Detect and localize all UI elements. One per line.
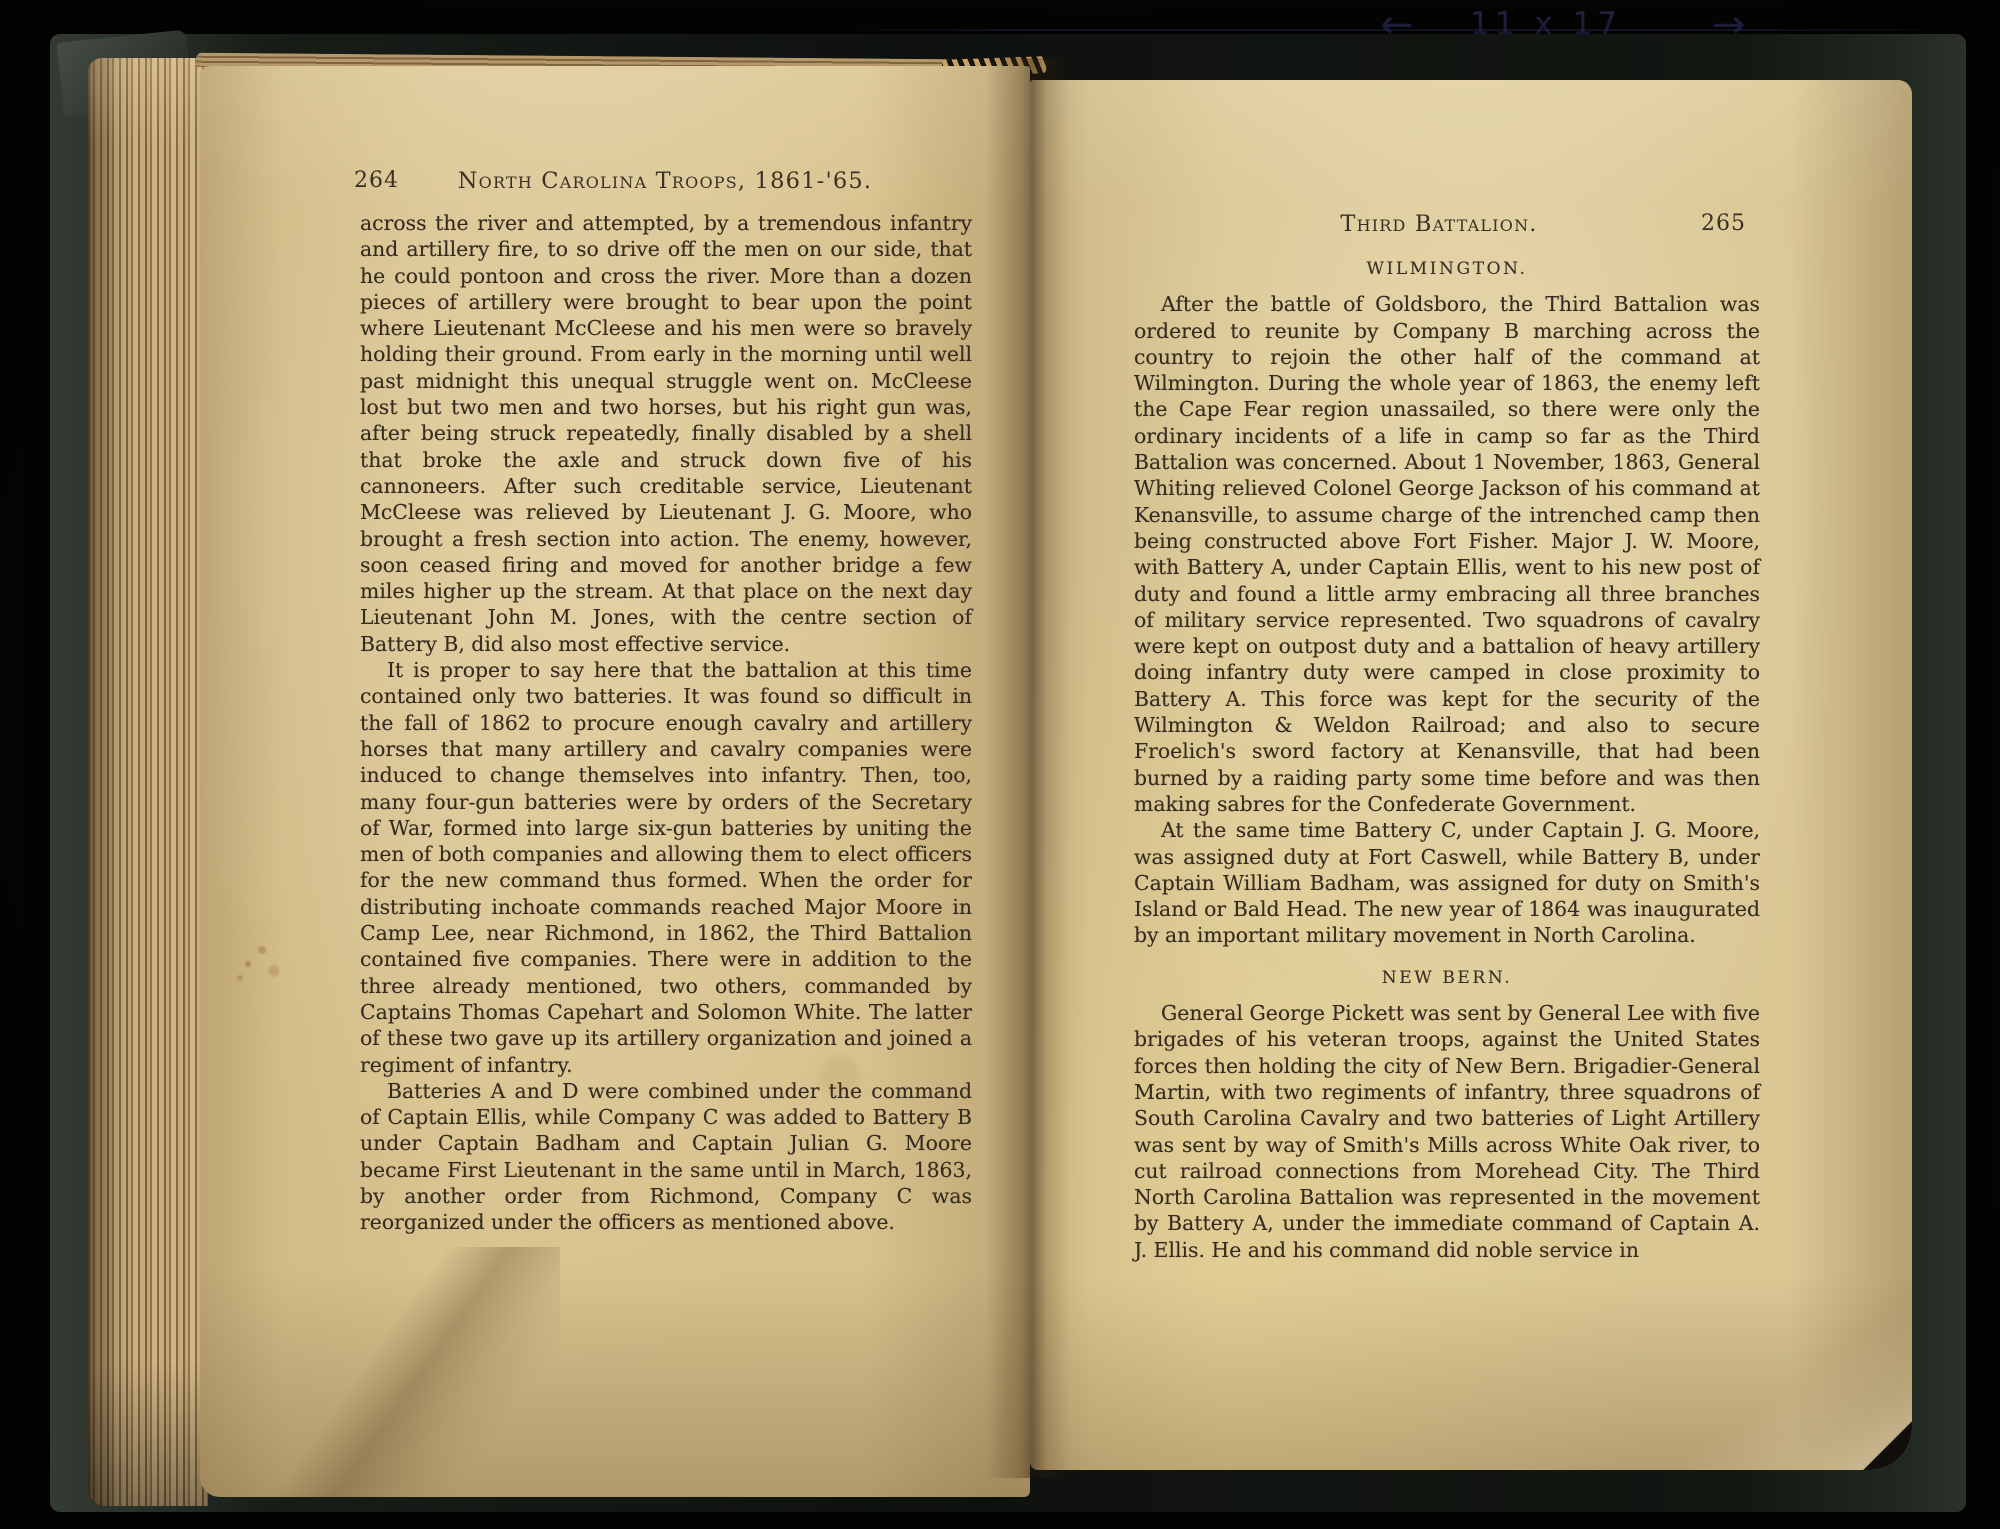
- body-paragraph: At the same time Battery C, under Captai…: [1134, 817, 1760, 948]
- book-scan-scene: ← 11 x 17 → 264 North Carolina Troops, 1…: [0, 0, 2000, 1529]
- right-page-corner-fold: [1622, 1270, 1912, 1470]
- left-page-corner-shadow: [200, 1247, 560, 1497]
- body-paragraph: across the river and attempted, by a tre…: [360, 210, 972, 657]
- left-page-header-row: 264 North Carolina Troops, 1861-'65.: [360, 168, 970, 198]
- right-running-header: Third Battalion.: [1134, 211, 1744, 237]
- right-page: Third Battalion. 265 WILMINGTON. After t…: [1030, 80, 1912, 1470]
- left-page-body: across the river and attempted, by a tre…: [360, 210, 972, 1236]
- section-heading-wilmington: WILMINGTON.: [1134, 256, 1760, 282]
- right-page-body: WILMINGTON. After the battle of Goldsbor…: [1134, 250, 1760, 1263]
- section-heading-new-bern: NEW BERN.: [1134, 965, 1760, 991]
- body-paragraph: Batteries A and D were combined under th…: [360, 1078, 972, 1236]
- body-paragraph: It is proper to say here that the battal…: [360, 657, 972, 1078]
- body-paragraph: General George Pickett was sent by Gener…: [1134, 1000, 1760, 1263]
- page-edge-stack: [88, 58, 208, 1506]
- left-page: 264 North Carolina Troops, 1861-'65. acr…: [200, 66, 1030, 1497]
- body-paragraph: After the battle of Goldsboro, the Third…: [1134, 291, 1760, 817]
- left-running-header: North Carolina Troops, 1861-'65.: [360, 168, 970, 194]
- right-page-header-row: Third Battalion. 265: [1134, 211, 1744, 241]
- right-page-number: 265: [1701, 211, 1746, 236]
